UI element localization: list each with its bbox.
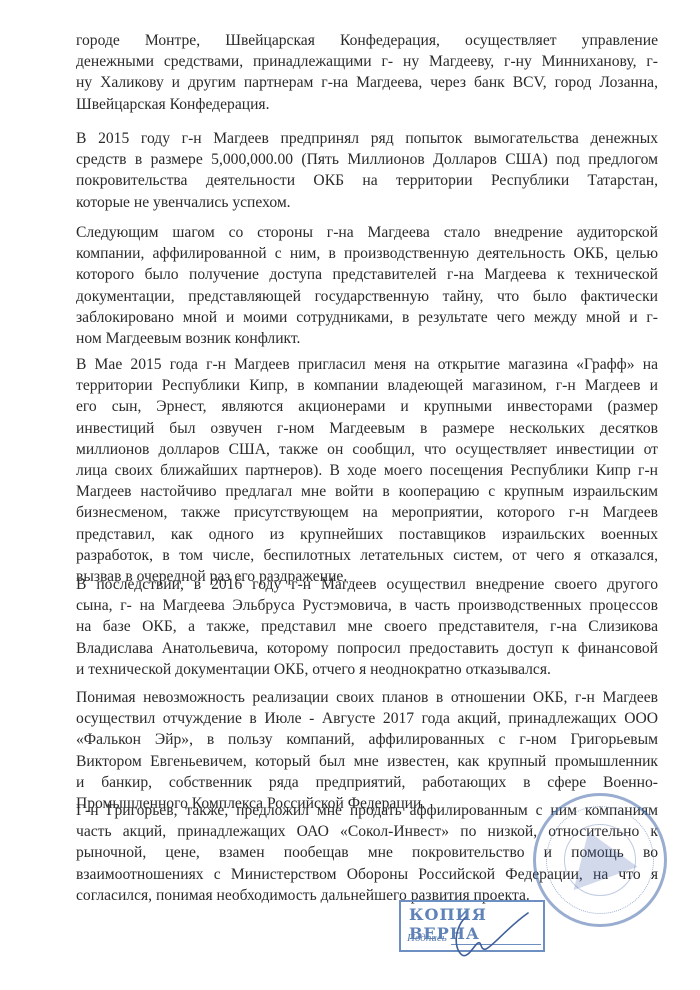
text-line: «Фалькон Эйр», в пользу компаний, аффили… xyxy=(76,729,658,750)
paragraph-6: Понимая невозможность реализации своих п… xyxy=(76,687,658,814)
text-line: Швейцарская Конфедерация. xyxy=(76,94,658,115)
text-line: миллионов долларов США, также он сообщил… xyxy=(76,439,658,460)
text-line: Следующим шагом со стороны г-на Магдеева… xyxy=(76,222,658,243)
text-line: которые не увенчались успехом. xyxy=(76,192,658,213)
text-line: его сын, Эрнест, являются акционерами и … xyxy=(76,396,658,417)
text-line: В Мае 2015 года г-н Магдеев пригласил ме… xyxy=(76,354,658,375)
paragraph-3: Следующим шагом со стороны г-на Магдеева… xyxy=(76,222,658,349)
handwritten-signature-icon xyxy=(448,905,548,960)
text-line: разработок, в том числе, беспилотных лет… xyxy=(76,545,658,566)
paragraph-1: городе Монтре, Швейцарская Конфедерация,… xyxy=(76,30,658,115)
text-line: Владислава Анатольевича, которому попрос… xyxy=(76,638,658,659)
text-line: бизнесменом, также присутствующем на мер… xyxy=(76,502,658,523)
text-line: сына, г- на Магдеева Эльбруса Рустэмович… xyxy=(76,595,658,616)
text-line: компании, аффилированной с ним, в произв… xyxy=(76,243,658,264)
text-line: лица своих ближайших партнеров). В ходе … xyxy=(76,460,658,481)
text-line: покровительства деятельности ОКБ на терр… xyxy=(76,170,658,191)
text-line: заблокировано мной и моими сотрудниками,… xyxy=(76,307,658,328)
text-line: на базе ОКБ, а также, представил мне сво… xyxy=(76,616,658,637)
text-line: инвестиций был озвучен г-ном Магдеевым в… xyxy=(76,418,658,439)
text-line: средств в размере 5,000,000.00 (Пять Мил… xyxy=(76,149,658,170)
text-line: документации, представляющей государстве… xyxy=(76,286,658,307)
text-line: осуществил отчуждение в Июле - Августе 2… xyxy=(76,708,658,729)
text-line: и банкир, собственник ряда предприятий, … xyxy=(76,772,658,793)
text-line: территории Республики Кипр, в компании в… xyxy=(76,375,658,396)
paragraph-2: В 2015 году г-н Магдеев предпринял ряд п… xyxy=(76,128,658,213)
text-line: В 2015 году г-н Магдеев предпринял ряд п… xyxy=(76,128,658,149)
text-line: денежными средствами, принадлежащими г- … xyxy=(76,51,658,72)
text-line: Понимая невозможность реализации своих п… xyxy=(76,687,658,708)
text-line: Виктором Евгеньевичем, который был мне и… xyxy=(76,751,658,772)
text-line: и технической документации ОКБ, отчего я… xyxy=(76,659,658,680)
text-line: В последствии, в 2016 году г-н Магдеев о… xyxy=(76,574,658,595)
text-line: ном Магдеевым возник конфликт. xyxy=(76,328,658,349)
text-line: которого было получение доступа представ… xyxy=(76,264,658,285)
paragraph-4: В Мае 2015 года г-н Магдеев пригласил ме… xyxy=(76,354,658,587)
text-line: ну Халикову и другим партнерам г-на Магд… xyxy=(76,72,658,93)
paragraph-5: В последствии, в 2016 году г-н Магдеев о… xyxy=(76,574,658,680)
stamp-signature-label: Подпись xyxy=(407,932,447,944)
document-page: городе Монтре, Швейцарская Конфедерация,… xyxy=(0,0,700,990)
text-line: Магдеев настойчиво предлагал мне войти в… xyxy=(76,481,658,502)
text-line: городе Монтре, Швейцарская Конфедерация,… xyxy=(76,30,658,51)
text-line: представил, как одного из крупнейших пос… xyxy=(76,524,658,545)
